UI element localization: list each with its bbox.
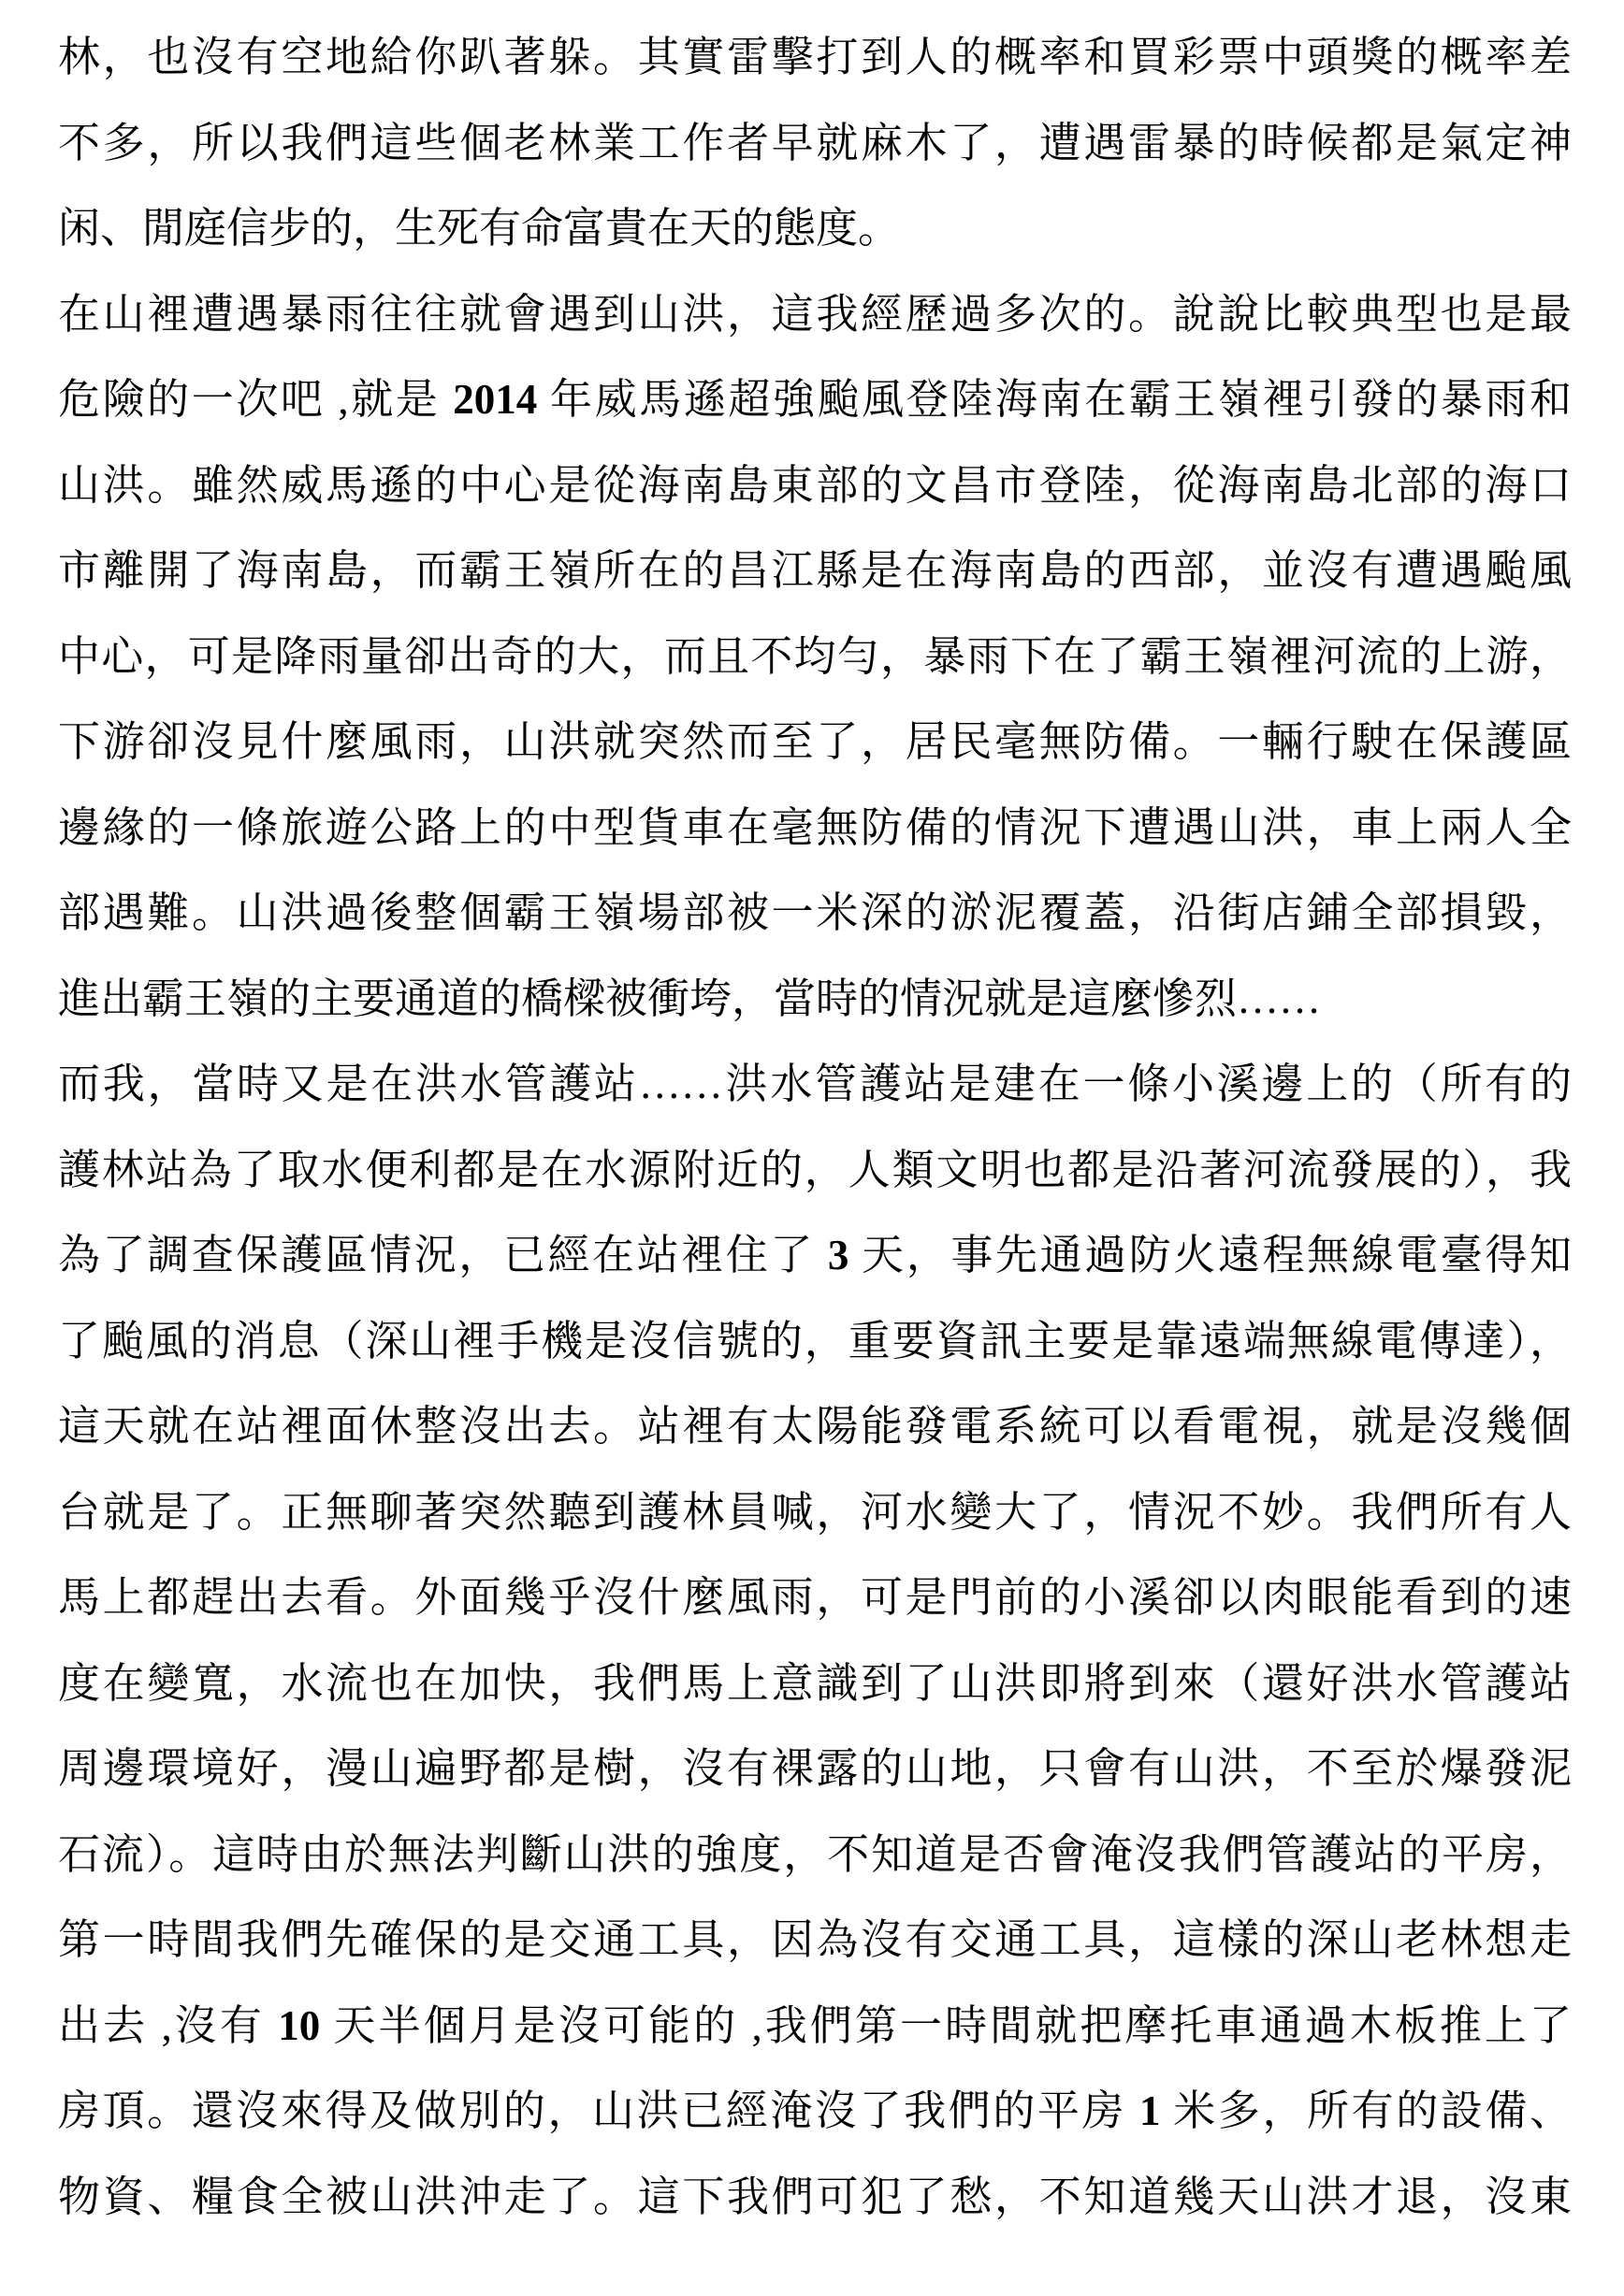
text-run: 林，也沒有空地給你趴著躲。其實雷擊打到人的概率和買彩票中頭獎的概率差 [58, 34, 1572, 80]
text-line: 度在變寬，水流也在加快，我們馬上意識到了山洪即將到來（還好洪水管護站 [58, 1641, 1572, 1727]
text-run: 米多，所有的設備、 [1160, 2087, 1572, 2134]
text-run: 周邊環境好，漫山遍野都是樹，沒有裸露的山地，只會有山洪，不至於爆發泥 [58, 1745, 1572, 1792]
text-line: 不多，所以我們這些個老林業工作者早就麻木了，遭遇雷暴的時候都是氣定神 [58, 101, 1572, 187]
text-line: 出去 ,沒有 10 天半個月是沒可能的 ,我們第一時間就把摩托車通過木板推上了 [58, 1984, 1572, 2070]
text-run: 在山裡遭遇暴雨往往就會遇到山洪，這我經歷過多次的。說說比較典型也是最 [58, 291, 1572, 338]
text-run: 台就是了。正無聊著突然聽到護林員喊，河水變大了，情況不妙。我們所有人 [58, 1489, 1572, 1536]
text-line: 市離開了海南島，而霸王嶺所在的昌江縣是在海南島的西部，並沒有遭遇颱風 [58, 528, 1572, 614]
text-run: 這天就在站裡面休整沒出去。站裡有太陽能發電系統可以看電視，就是沒幾個 [58, 1403, 1572, 1450]
text-run: 度在變寬，水流也在加快，我們馬上意識到了山洪即將到來（還好洪水管護站 [58, 1660, 1572, 1707]
text-run: 不多，所以我們這些個老林業工作者早就麻木了，遭遇雷暴的時候都是氣定神 [58, 120, 1572, 166]
text-run: 而我，當時又是在洪水管護站……洪水管護站是建在一條小溪邊上的（所有的 [58, 1061, 1572, 1107]
text-line: 而我，當時又是在洪水管護站……洪水管護站是建在一條小溪邊上的（所有的 [58, 1042, 1572, 1128]
text-run: 中心，可是降雨量卻出奇的大，而且不均勻，暴雨下在了霸王嶺裡河流的上游， [58, 633, 1572, 680]
text-run: 第一時間我們先確保的是交通工具，因為沒有交通工具，這樣的深山老林想走 [58, 1916, 1572, 1963]
text-run: 物資、糧食全被山洪沖走了。這下我們可犯了愁，不知道幾天山洪才退，沒東 [58, 2173, 1572, 2220]
text-run: 石流）。這時由於無法判斷山洪的強度，不知道是否會淹沒我們管護站的平房， [58, 1831, 1572, 1878]
text-run: 馬上都趕出去看。外面幾乎沒什麼風雨，可是門前的小溪卻以肉眼能看到的速 [58, 1574, 1572, 1621]
text-run: 年威馬遜超強颱風登陸海南在霸王嶺裡引發的暴雨和 [537, 376, 1572, 423]
text-run: 進出霸王嶺的主要通道的橋樑被衝垮，當時的情況就是這麼慘烈…… [58, 975, 1321, 1022]
text-line: 馬上都趕出去看。外面幾乎沒什麼風雨，可是門前的小溪卻以肉眼能看到的速 [58, 1555, 1572, 1641]
text-run: 下游卻沒見什麼風雨，山洪就突然而至了，居民毫無防備。一輛行駛在保護區 [58, 718, 1572, 765]
text-run: 山洪。雖然威馬遜的中心是從海南島東部的文昌市登陸，從海南島北部的海口 [58, 462, 1572, 509]
text-run: 危險的一次吧 ,就是 [58, 376, 453, 423]
text-line: 石流）。這時由於無法判斷山洪的強度，不知道是否會淹沒我們管護站的平房， [58, 1812, 1572, 1899]
text-line: 邊緣的一條旅遊公路上的中型貨車在毫無防備的情況下遭遇山洪，車上兩人全 [58, 786, 1572, 872]
bold-number: 10 [278, 2002, 320, 2049]
text-line: 第一時間我們先確保的是交通工具，因為沒有交通工具，這樣的深山老林想走 [58, 1898, 1572, 1984]
text-line: 進出霸王嶺的主要通道的橋樑被衝垮，當時的情況就是這麼慘烈…… [58, 957, 1572, 1043]
text-run: 部遇難。山洪過後整個霸王嶺場部被一米深的淤泥覆蓋，沿街店鋪全部損毀， [58, 889, 1572, 936]
text-run: 闲、閒庭信步的，生死有命富貴在天的態度。 [58, 205, 900, 252]
text-line: 為了調查保護區情況，已經在站裡住了 3 天，事先通過防火遠程無線電臺得知 [58, 1213, 1572, 1299]
text-run: 出去 ,沒有 [58, 2002, 278, 2049]
text-run: 了颱風的消息（深山裡手機是沒信號的，重要資訊主要是靠遠端無線電傳達）， [58, 1318, 1572, 1365]
text-line: 林，也沒有空地給你趴著躲。其實雷擊打到人的概率和買彩票中頭獎的概率差 [58, 15, 1572, 101]
text-line: 部遇難。山洪過後整個霸王嶺場部被一米深的淤泥覆蓋，沿街店鋪全部損毀， [58, 871, 1572, 957]
text-run: 邊緣的一條旅遊公路上的中型貨車在毫無防備的情況下遭遇山洪，車上兩人全 [58, 804, 1572, 851]
text-line: 闲、閒庭信步的，生死有命富貴在天的態度。 [58, 186, 1572, 272]
text-run: 市離開了海南島，而霸王嶺所在的昌江縣是在海南島的西部，並沒有遭遇颱風 [58, 547, 1572, 594]
bold-number: 3 [828, 1232, 849, 1278]
document-page: 林，也沒有空地給你趴著躲。其實雷擊打到人的概率和買彩票中頭獎的概率差不多，所以我… [0, 0, 1624, 2296]
text-run: 為了調查保護區情況，已經在站裡住了 [58, 1232, 828, 1278]
text-run: 房頂。還沒來得及做別的，山洪已經淹沒了我們的平房 [58, 2087, 1139, 2134]
text-line: 了颱風的消息（深山裡手機是沒信號的，重要資訊主要是靠遠端無線電傳達）， [58, 1299, 1572, 1385]
text-line: 這天就在站裡面休整沒出去。站裡有太陽能發電系統可以看電視，就是沒幾個 [58, 1384, 1572, 1470]
text-line: 台就是了。正無聊著突然聽到護林員喊，河水變大了，情況不妙。我們所有人 [58, 1470, 1572, 1556]
text-line: 下游卻沒見什麼風雨，山洪就突然而至了，居民毫無防備。一輛行駛在保護區 [58, 700, 1572, 786]
text-run: 天半個月是沒可能的 ,我們第一時間就把摩托車通過木板推上了 [320, 2002, 1572, 2049]
text-line: 護林站為了取水便利都是在水源附近的，人類文明也都是沿著河流發展的），我 [58, 1128, 1572, 1214]
text-line: 中心，可是降雨量卻出奇的大，而且不均勻，暴雨下在了霸王嶺裡河流的上游， [58, 614, 1572, 700]
document-text: 林，也沒有空地給你趴著躲。其實雷擊打到人的概率和買彩票中頭獎的概率差不多，所以我… [58, 15, 1572, 2240]
text-line: 周邊環境好，漫山遍野都是樹，沒有裸露的山地，只會有山洪，不至於爆發泥 [58, 1726, 1572, 1812]
text-line: 危險的一次吧 ,就是 2014 年威馬遜超強颱風登陸海南在霸王嶺裡引發的暴雨和 [58, 357, 1572, 443]
text-line: 在山裡遭遇暴雨往往就會遇到山洪，這我經歷過多次的。說說比較典型也是最 [58, 272, 1572, 358]
text-line: 山洪。雖然威馬遜的中心是從海南島東部的文昌市登陸，從海南島北部的海口 [58, 443, 1572, 529]
bold-number: 1 [1139, 2087, 1161, 2134]
text-run: 護林站為了取水便利都是在水源附近的，人類文明也都是沿著河流發展的），我 [58, 1147, 1572, 1193]
bold-number: 2014 [453, 376, 537, 423]
text-line: 物資、糧食全被山洪沖走了。這下我們可犯了愁，不知道幾天山洪才退，沒東 [58, 2155, 1572, 2241]
text-line: 房頂。還沒來得及做別的，山洪已經淹沒了我們的平房 1 米多，所有的設備、 [58, 2069, 1572, 2155]
text-run: 天，事先通過防火遠程無線電臺得知 [848, 1232, 1572, 1278]
